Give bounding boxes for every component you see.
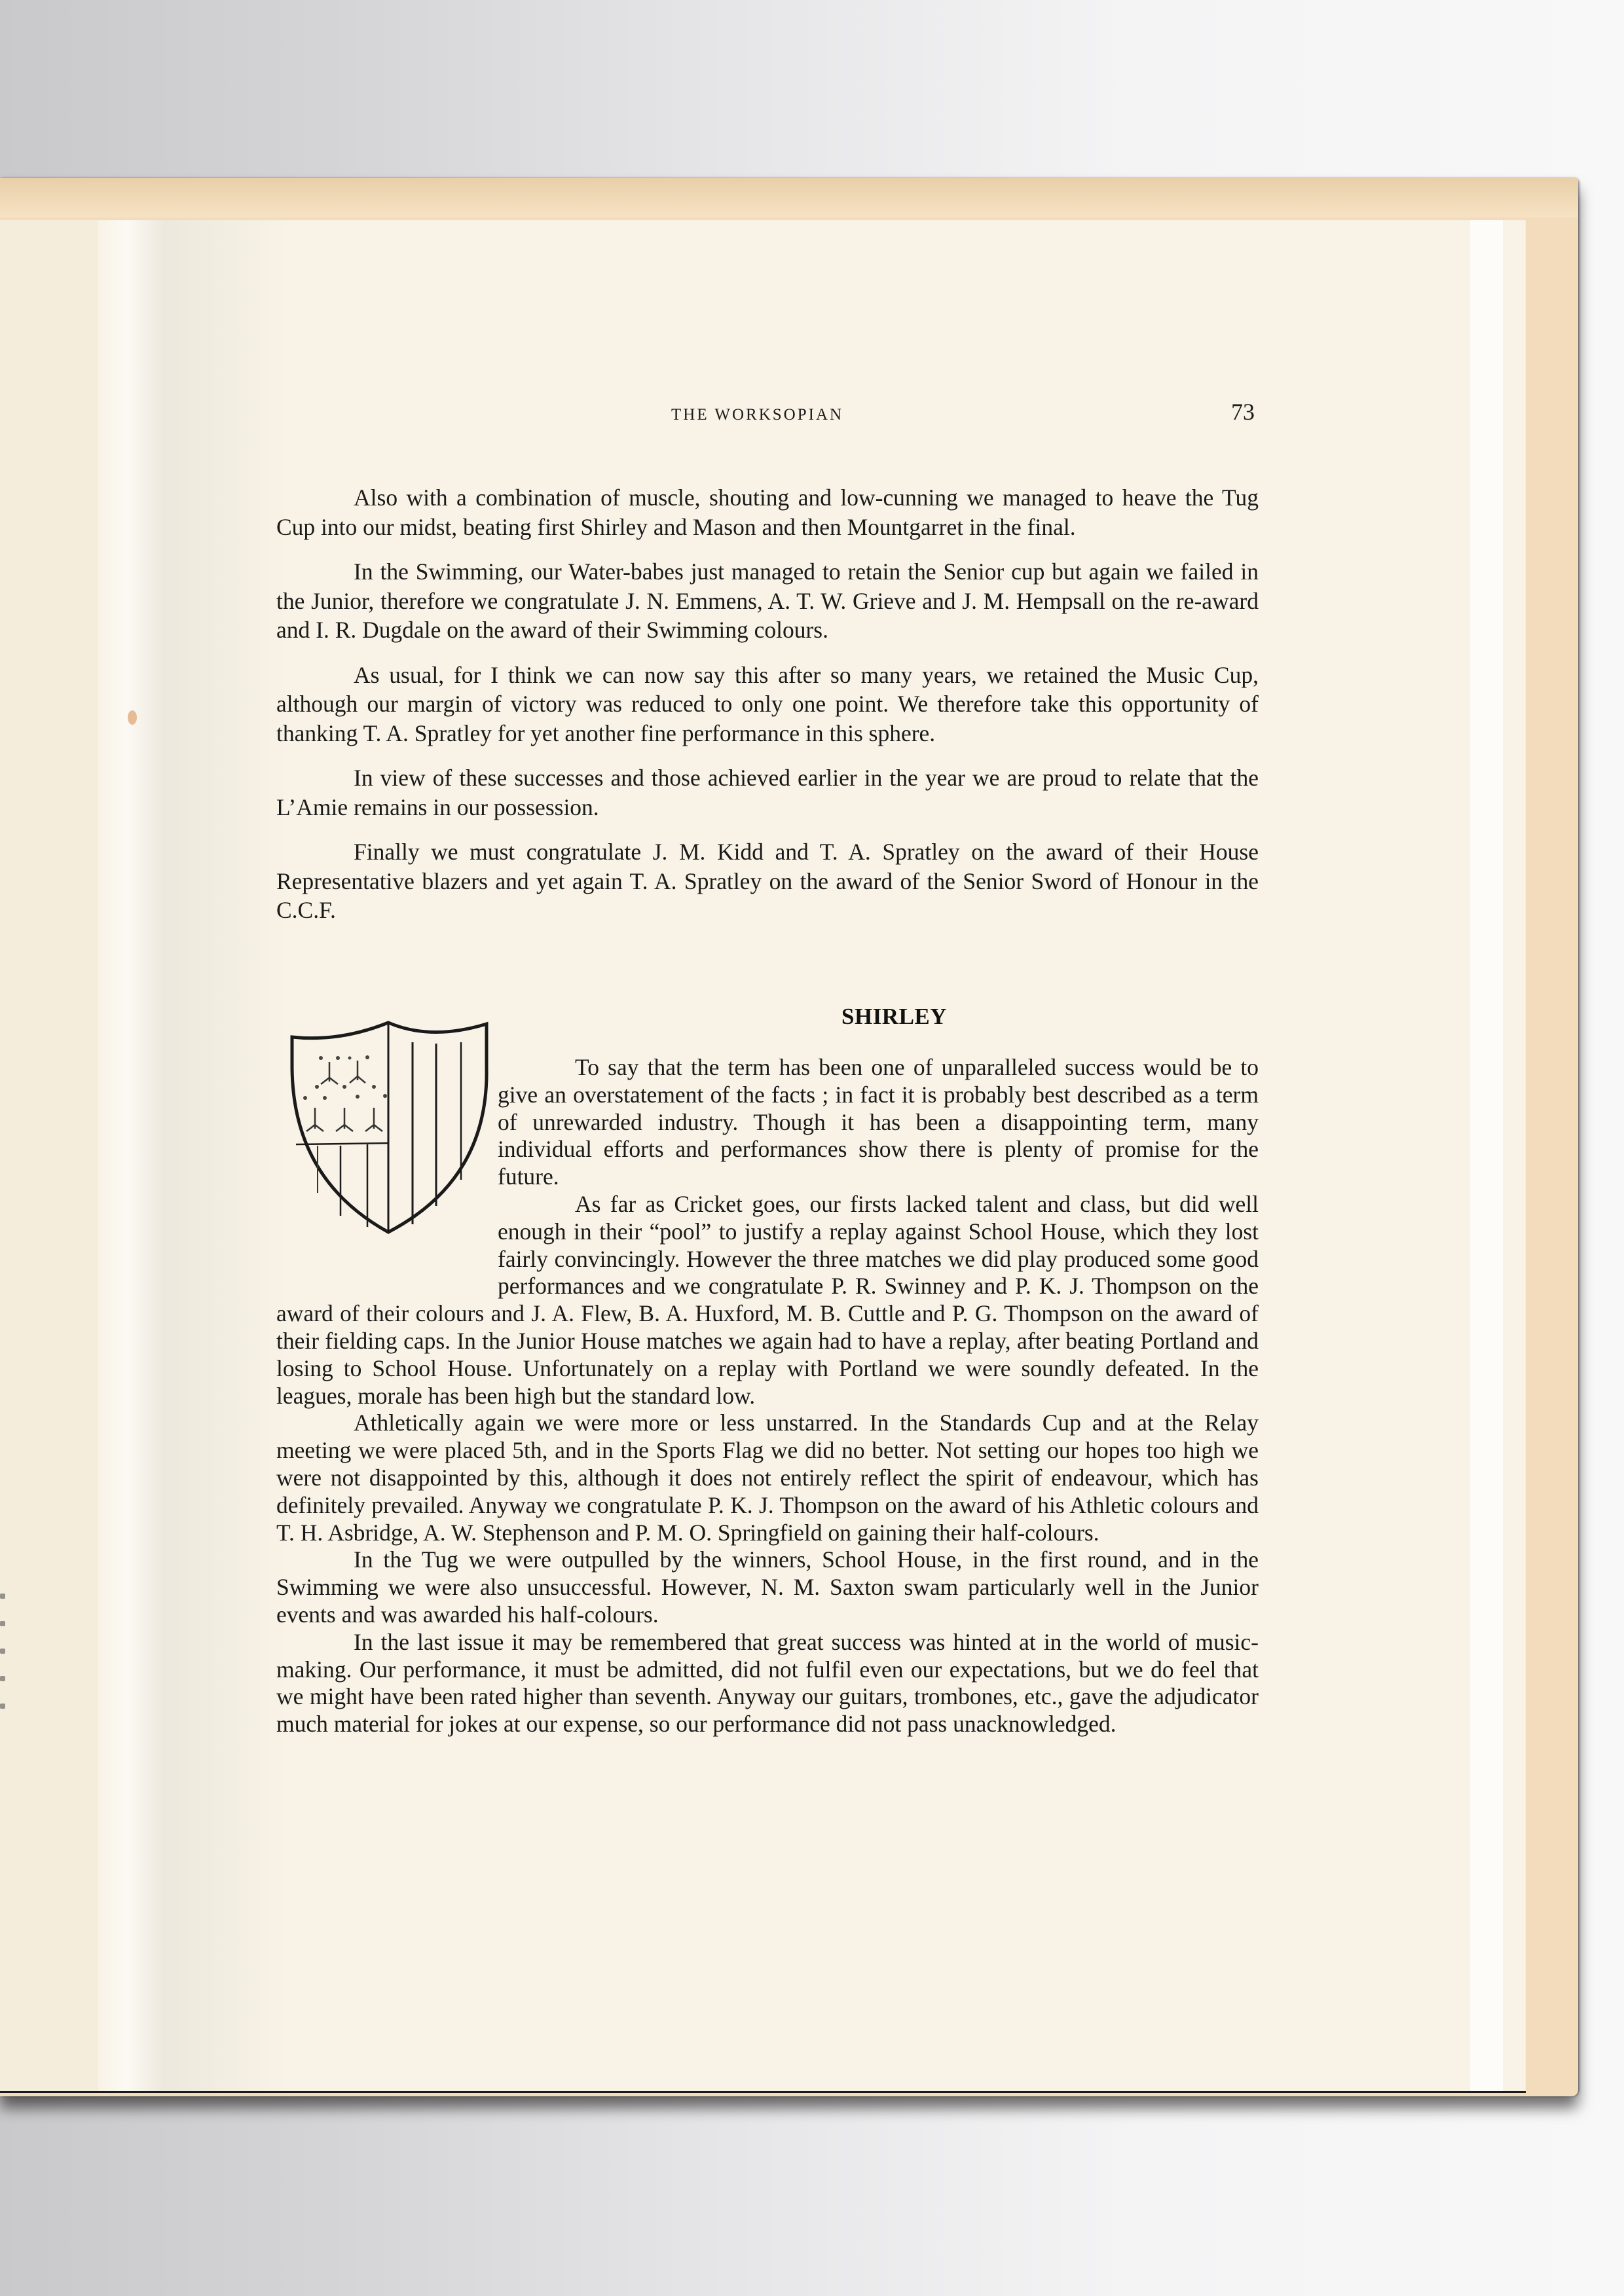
crest-text-wrap-spacer xyxy=(276,1054,498,1296)
left-page-edge xyxy=(0,220,98,2091)
paragraph: In the Swimming, our Water-babes just ma… xyxy=(276,557,1259,645)
paragraph: As usual, for I think we can now say thi… xyxy=(276,661,1259,748)
paragraph: Also with a combination of muscle, shout… xyxy=(276,483,1259,541)
paragraph: In the last issue it may be remembered t… xyxy=(276,1629,1259,1738)
page-number: 73 xyxy=(1231,398,1255,426)
previous-house-report: Also with a combination of muscle, shout… xyxy=(276,483,1259,941)
paper-stain xyxy=(128,710,137,725)
shirley-house-report: To say that the term has been one of unp… xyxy=(276,1054,1259,1738)
paragraph: Finally we must congratulate J. M. Kidd … xyxy=(276,837,1259,925)
running-head: THE WORKSOPIAN xyxy=(671,406,843,424)
paragraph: Athletically again we were more or less … xyxy=(276,1410,1259,1546)
left-page-text-fragments xyxy=(0,1571,13,1731)
paragraph: In view of these successes and those ach… xyxy=(276,763,1259,822)
section-title-shirley: SHIRLEY xyxy=(841,1004,947,1030)
page-margin-highlight xyxy=(1470,220,1503,2091)
paragraph: In the Tug we were outpulled by the winn… xyxy=(276,1546,1259,1628)
